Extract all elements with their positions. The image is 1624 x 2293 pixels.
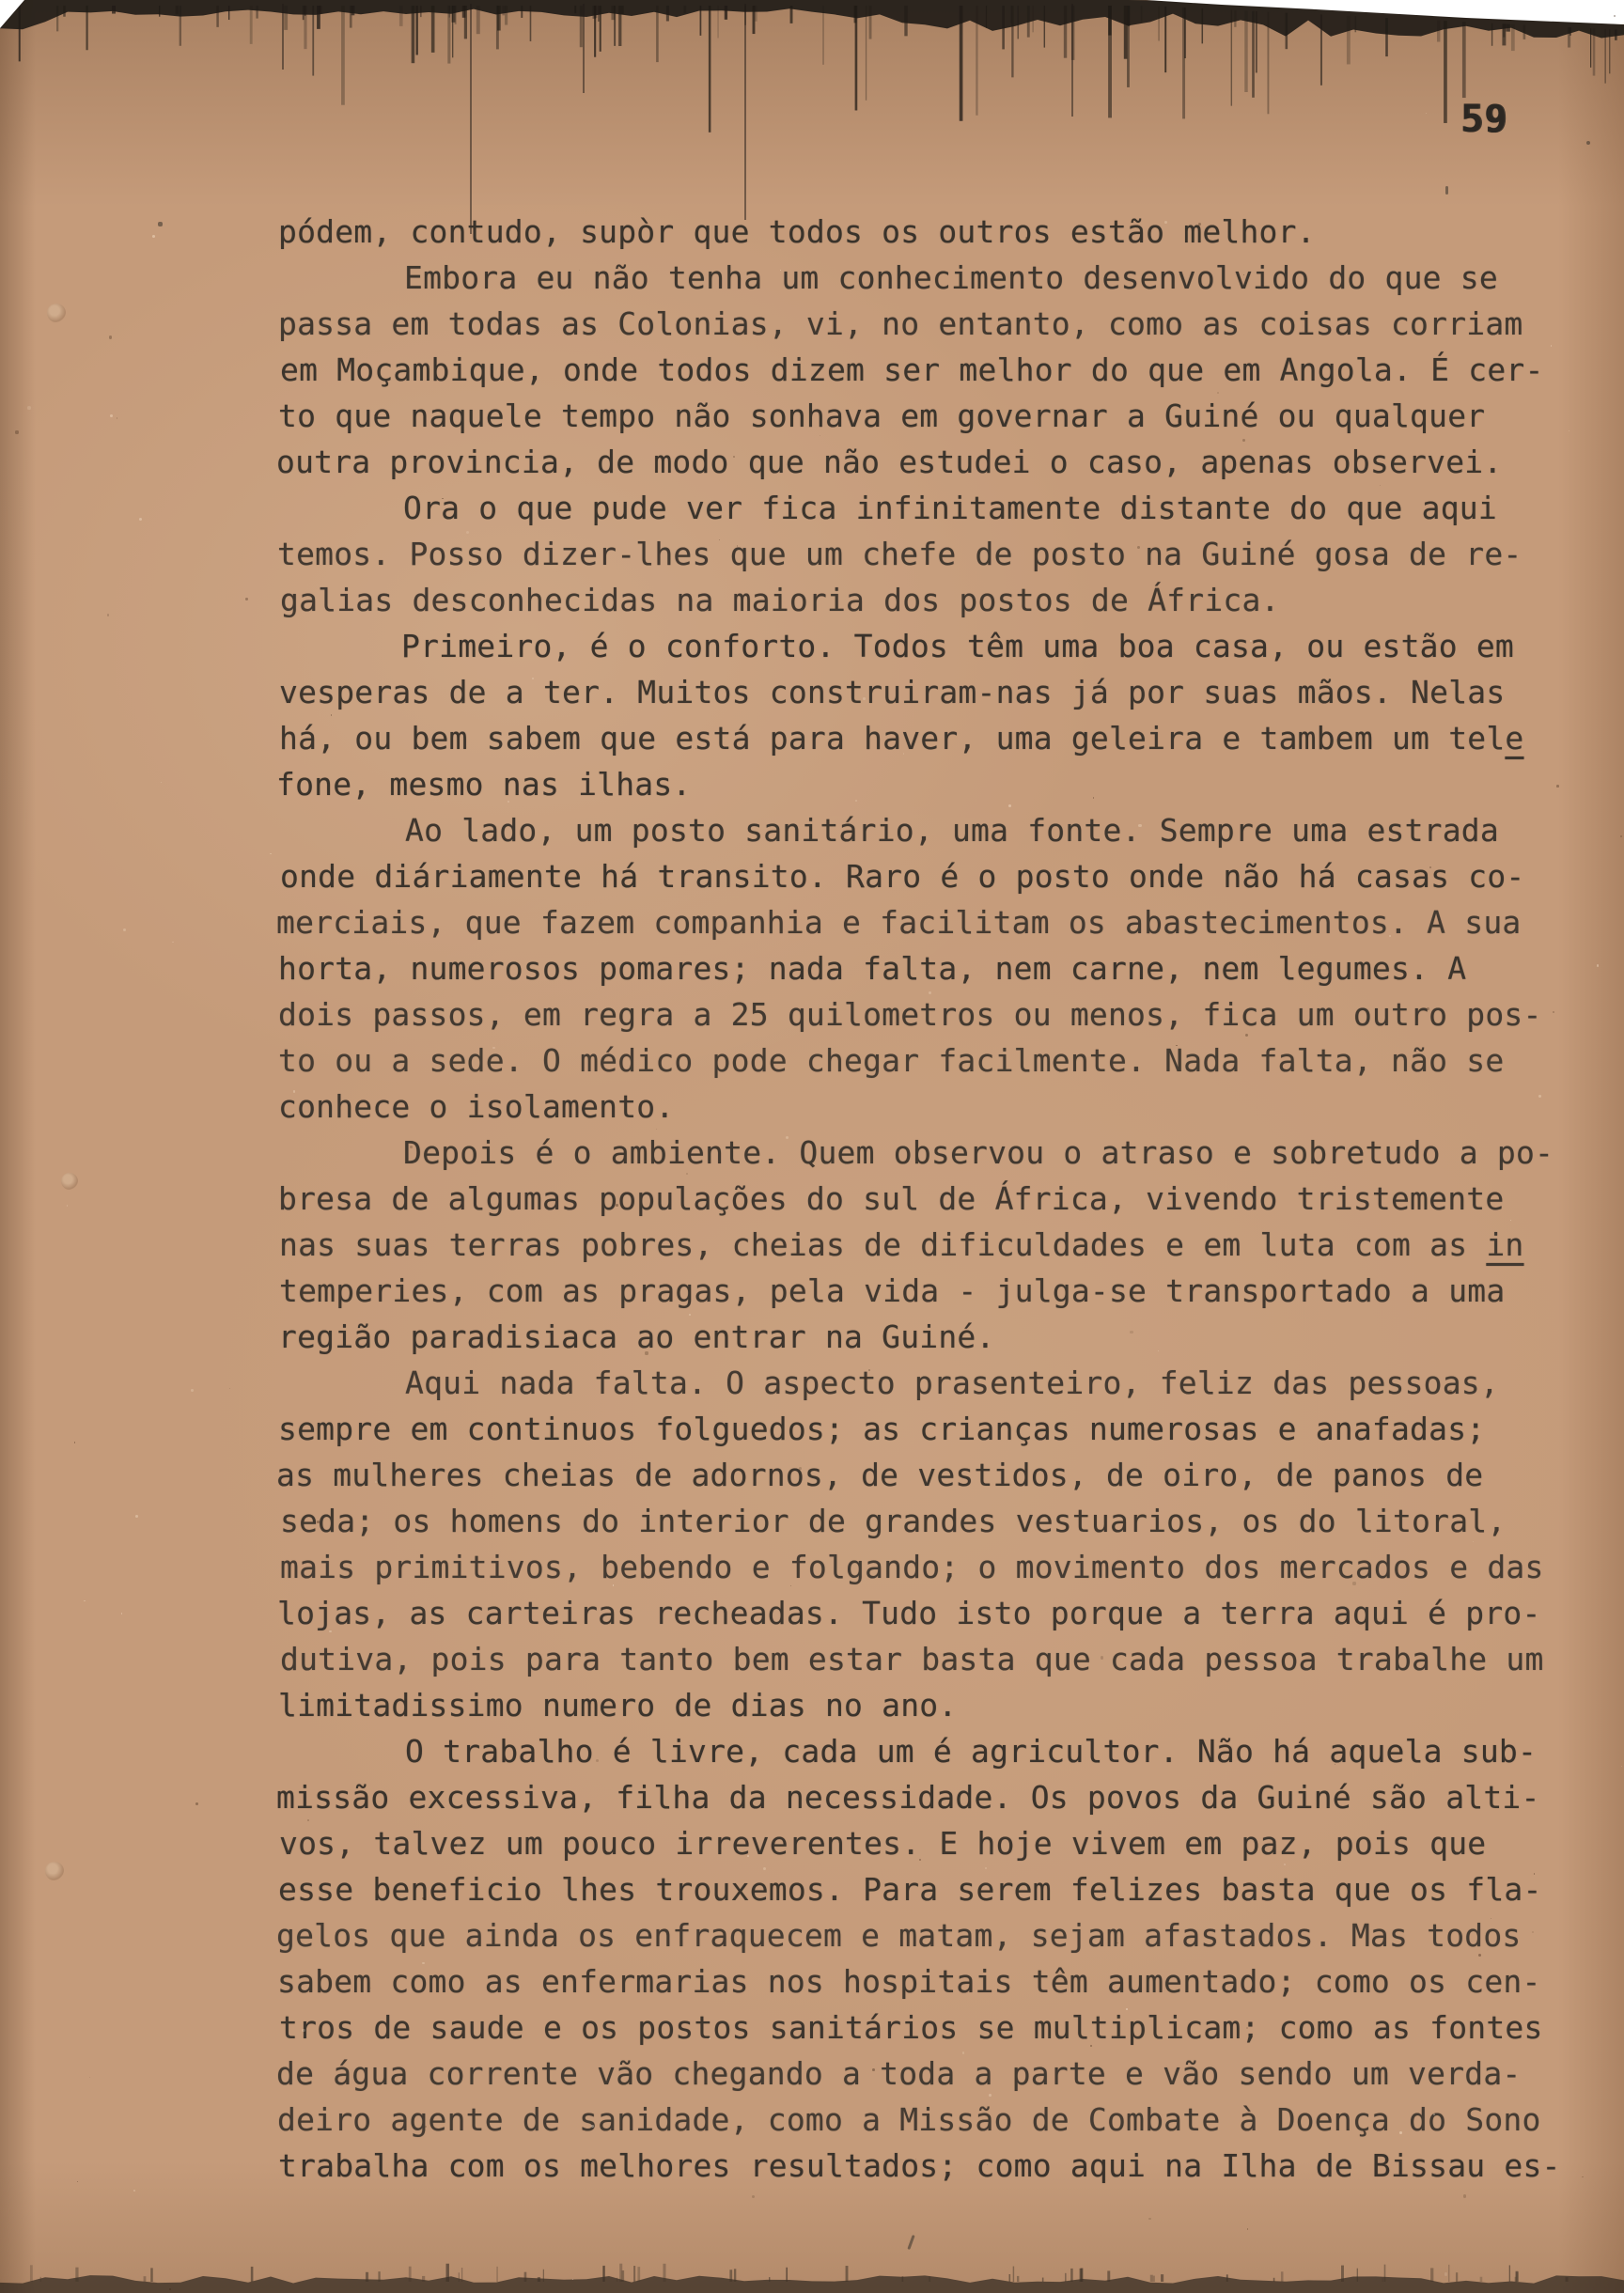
paper-speck — [161, 782, 162, 783]
text-line: onde diáriamente há transito. Raro é o p… — [280, 853, 1577, 899]
text-line: bresa de algumas populações do sul de Áf… — [278, 1176, 1575, 1222]
text-line: dutiva, pois para tanto bem estar basta … — [280, 1636, 1577, 1682]
ink-mark — [1445, 186, 1448, 195]
paper-speck — [89, 2077, 90, 2078]
ink-mark — [158, 222, 163, 226]
paper-speck — [169, 2288, 171, 2290]
text-line: sempre em continuos folguedos; as crianç… — [278, 1406, 1575, 1452]
paper-speck — [1597, 964, 1600, 967]
text-line: vesperas de a ter. Muitos construiram-na… — [279, 669, 1576, 715]
text-line: Primeiro, é o conforto. Todos têm uma bo… — [276, 623, 1573, 669]
paper-speck — [1621, 1766, 1622, 1767]
page-number: 59 — [1460, 98, 1507, 141]
text-line: Embora eu não tenha um conhecimento dese… — [279, 255, 1576, 301]
text-line: to que naquele tempo não sonhava em gove… — [278, 393, 1575, 439]
text-line: galias desconhecidas na maioria dos post… — [280, 577, 1577, 623]
paper-speck — [172, 942, 174, 944]
text-line: mais primitivos, bebendo e folgando; o m… — [280, 1544, 1577, 1590]
text-line: limitadissimo numero de dias no ano. — [278, 1682, 1575, 1728]
paper-speck — [191, 1389, 194, 1392]
text-line: nas suas terras pobres, cheias de dificu… — [279, 1222, 1576, 1268]
ink-mark — [1586, 141, 1590, 145]
text-line: to ou a sede. O médico pode chegar facil… — [278, 1037, 1575, 1084]
paper-speck — [1620, 835, 1622, 837]
paper-speck — [1614, 15, 1616, 17]
text-line: seda; os homens do interior de grandes v… — [280, 1498, 1577, 1544]
text-line: região paradisiaca ao entrar na Guiné. — [278, 1314, 1575, 1360]
text-line: Ao lado, um posto sanitário, uma fonte. … — [280, 807, 1577, 853]
text-line: Depois é o ambiente. Quem observou o atr… — [278, 1130, 1575, 1176]
text-line: fone, mesmo nas ilhas. — [276, 761, 1573, 807]
text-line: lojas, as carteiras recheadas. Tudo isto… — [277, 1590, 1574, 1636]
paper-speck — [139, 518, 142, 521]
text-line: missão excessiva, filha da necessidade. … — [276, 1774, 1573, 1820]
underlined-text: in — [1486, 1226, 1523, 1263]
binder-hole — [47, 304, 66, 322]
scanned-page: 59 pódem, contudo, supòr que todos os ou… — [0, 0, 1624, 2293]
text-line: temos. Posso dizer-lhes que um chefe de … — [277, 531, 1574, 577]
text-line: há, ou bem sabem que está para haver, um… — [279, 715, 1576, 761]
paper-speck — [133, 2190, 135, 2192]
ink-mark — [907, 2235, 914, 2250]
paper-speck — [1426, 113, 1427, 114]
paper-speck — [121, 1613, 122, 1614]
paper-speck — [195, 1802, 198, 1805]
text-line: Aqui nada falta. O aspecto prasenteiro, … — [280, 1360, 1577, 1406]
paper-speck — [572, 2279, 573, 2280]
text-line: O trabalho é livre, cada um é agricultor… — [280, 1728, 1577, 1774]
text-line: em Moçambique, onde todos dizem ser melh… — [280, 347, 1577, 393]
text-line: esse beneficio lhes trouxemos. Para sere… — [278, 1866, 1575, 1912]
binder-hole — [61, 1173, 78, 1190]
text-line: vos, talvez um pouco irreverentes. E hoj… — [279, 1820, 1576, 1866]
text-line: dois passos, em regra a 25 quilometros o… — [278, 991, 1575, 1037]
binder-hole — [45, 1862, 64, 1880]
text-line: passa em todas as Colonias, vi, no entan… — [278, 301, 1575, 347]
text-line: temperies, com as pragas, pela vida - ju… — [279, 1268, 1576, 1314]
text-line: tros de saude e os postos sanitários se … — [279, 2004, 1576, 2051]
paper-speck — [270, 853, 271, 854]
text-line: trabalha com os melhores resultados; com… — [278, 2143, 1575, 2189]
paper-speck — [1463, 2194, 1467, 2198]
paper-speck — [110, 414, 113, 417]
paper-speck — [117, 417, 118, 419]
paper-shade-top — [0, 0, 1624, 207]
paper-speck — [15, 430, 18, 433]
paper-speck — [123, 928, 126, 931]
text-line: Ora o que pude ver fica infinitamente di… — [278, 485, 1575, 531]
paper-speck — [84, 1600, 85, 1601]
paper-speck — [107, 614, 110, 616]
paper-shade-left — [0, 0, 36, 2293]
paper-speck — [1444, 2272, 1448, 2276]
paper-speck — [74, 1442, 75, 1443]
paper-speck — [27, 406, 30, 409]
text-line: gelos que ainda os enfraquecem e matam, … — [276, 1912, 1573, 1958]
paper-speck — [245, 598, 247, 600]
text-line: deiro agente de sanidade, como a Missão … — [277, 2097, 1574, 2143]
paper-speck — [1247, 2228, 1249, 2230]
text-line: conhece o isolamento. — [278, 1084, 1575, 1130]
torn-bottom-edge — [0, 2255, 1624, 2293]
paper-speck — [752, 2195, 755, 2198]
text-line: horta, numerosos pomares; nada falta, ne… — [278, 945, 1575, 991]
text-line: de água corrente vão chegando a toda a p… — [276, 2051, 1573, 2097]
text-line: pódem, contudo, supòr que todos os outro… — [278, 209, 1575, 255]
underlined-text: e — [1505, 720, 1523, 757]
paper-speck — [152, 235, 155, 238]
paper-speck — [67, 1205, 68, 1206]
paper-speck — [135, 1515, 138, 1518]
text-line: as mulheres cheias de adornos, de vestid… — [276, 1452, 1573, 1498]
paper-speck — [1148, 2218, 1151, 2221]
text-line: outra provincia, de modo que não estudei… — [276, 439, 1573, 485]
paper-speck — [1582, 2176, 1584, 2178]
typewritten-text: pódem, contudo, supòr que todos os outro… — [278, 209, 1575, 2189]
text-line: merciais, que fazem companhia e facilita… — [276, 899, 1573, 945]
paper-speck — [77, 2181, 78, 2182]
text-line: sabem como as enfermarias nos hospitais … — [277, 1958, 1574, 2004]
paper-speck — [109, 335, 112, 338]
paper-speck — [229, 1388, 230, 1389]
